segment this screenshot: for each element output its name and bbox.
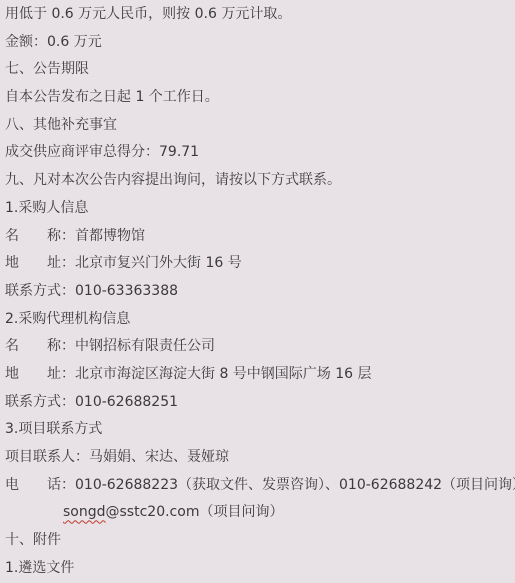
agency-phone-line: 联系方式：010-62688251 [5,389,515,417]
agency-name-line: 名 称：中钢招标有限责任公司 [5,333,515,361]
agency-address-line: 地 址：北京市海淀区海淀大街 8 号中钢国际广场 16 层 [5,361,515,389]
section-heading-9: 九、凡对本次公告内容提出询问，请按以下方式联系。 [5,167,515,195]
attachment-line: 1.遴选文件 [5,555,515,583]
email-line: songd@sstc20.com（项目问询） [5,499,515,527]
text-line: 用低于 0.6 万元人民币，则按 0.6 万元计取。 [5,1,515,29]
email-flagged-part: songd [63,504,106,520]
section-heading-7: 七、公告期限 [5,56,515,84]
purchaser-name-line: 名 称：首都博物馆 [5,223,515,251]
purchaser-address-line: 地 址：北京市复兴门外大街 16 号 [5,250,515,278]
text-line: 金额：0.6 万元 [5,29,515,57]
project-contact-heading: 3.项目联系方式 [5,416,515,444]
section-heading-10: 十、附件 [5,527,515,555]
agency-info-heading: 2.采购代理机构信息 [5,306,515,334]
email-suffix: （项目问询） [199,504,283,520]
project-phone-line: 电 话：010-62688223（获取文件、发票咨询）、010-62688242… [5,472,515,500]
document-content[interactable]: 用低于 0.6 万元人民币，则按 0.6 万元计取。 金额：0.6 万元 七、公… [0,0,515,583]
section-heading-8: 八、其他补充事宜 [5,112,515,140]
email-rest-part: @sstc20.com [106,504,200,520]
project-contacts-line: 项目联系人：马娟娟、宋达、聂娅琼 [5,444,515,472]
text-line: 自本公告发布之日起 1 个工作日。 [5,84,515,112]
purchaser-info-heading: 1.采购人信息 [5,195,515,223]
supplier-score-line: 成交供应商评审总得分：79.71 [5,139,515,167]
purchaser-phone-line: 联系方式：010-63363388 [5,278,515,306]
email-address: songd@sstc20.com [63,504,199,520]
